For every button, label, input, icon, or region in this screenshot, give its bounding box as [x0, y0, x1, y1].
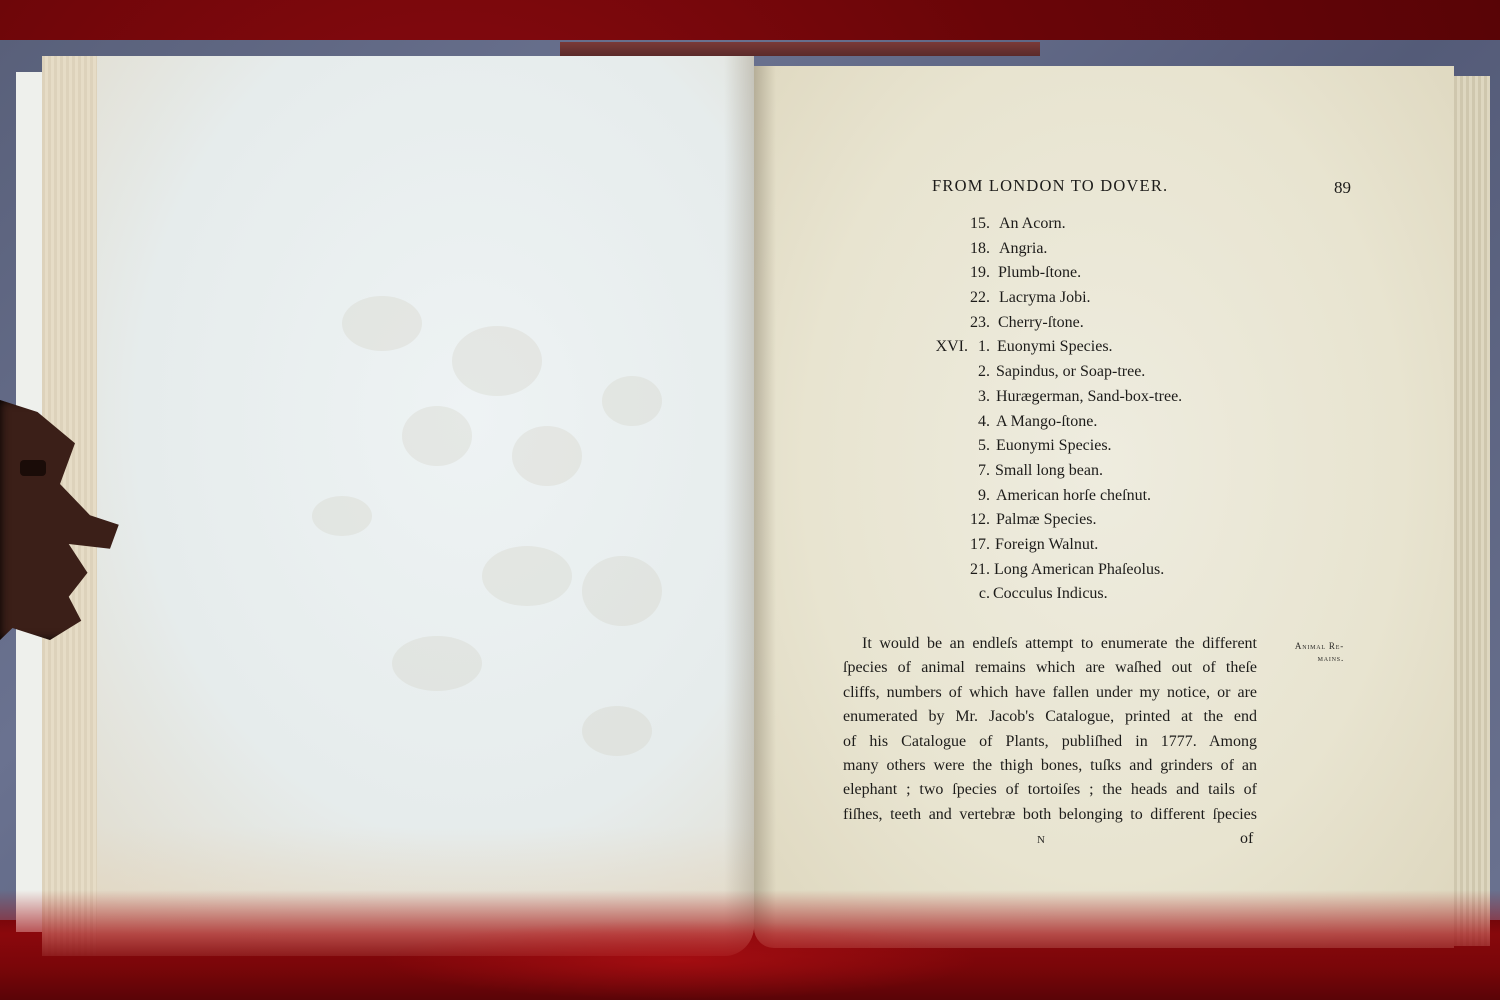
item-number: 17. [950, 533, 990, 558]
item-number: 3. [950, 385, 990, 410]
list-item: 3. Hurægerman, Sand-box-tree. [900, 385, 1300, 410]
list-item: 21. Long American Phaſeolus. [900, 558, 1300, 583]
item-name: Euonymi Species. [996, 434, 1112, 459]
page-edges-right [1454, 76, 1490, 946]
item-number: 9. [950, 484, 990, 509]
list-item: XVI. 1. Euonymi Species. [900, 335, 1300, 360]
item-name: Foreign Walnut. [995, 533, 1098, 558]
item-name: Small long bean. [995, 459, 1103, 484]
body-line: elephant ; two ſpecies of tortoiſes ; th… [843, 778, 1257, 802]
running-head: FROM LONDON TO DOVER. [932, 176, 1168, 196]
gutter-shadow [754, 66, 776, 948]
item-name: Sapindus, or Soap-tree. [996, 360, 1145, 385]
body-line: cliffs, numbers of which have fallen und… [843, 681, 1257, 705]
show-through-mark [602, 376, 662, 426]
show-through-mark [482, 546, 572, 606]
body-paragraph: It would be an endleſs attempt to enumer… [843, 632, 1257, 827]
item-number: 23. [950, 311, 990, 336]
list-item: 18. Angria. [900, 237, 1300, 262]
list-item: 22. Lacryma Jobi. [900, 286, 1300, 311]
list-item: 2. Sapindus, or Soap-tree. [900, 360, 1300, 385]
item-name: Palmæ Species. [996, 508, 1096, 533]
item-number: 7. [950, 459, 990, 484]
item-number: 22. [950, 286, 990, 311]
list-item: 4. A Mango-ſtone. [900, 410, 1300, 435]
body-line: of his Catalogue of Plants, publiſhed in… [843, 730, 1257, 754]
list-item: 5. Euonymi Species. [900, 434, 1300, 459]
item-number: 4. [950, 410, 990, 435]
body-line: enumerated by Mr. Jacob's Catalogue, pri… [843, 705, 1257, 729]
show-through-mark [582, 706, 652, 756]
item-name: Long American Phaſeolus. [994, 558, 1164, 583]
item-number: 5. [950, 434, 990, 459]
item-name: Plumb-ſtone. [998, 261, 1081, 286]
body-line: It would be an endleſs attempt to enumer… [843, 632, 1257, 656]
item-name: Hurægerman, Sand-box-tree. [996, 385, 1182, 410]
list-item: 17. Foreign Walnut. [900, 533, 1300, 558]
show-through-mark [402, 406, 472, 466]
show-through-mark [392, 636, 482, 691]
list-item: 9. American horſe cheſnut. [900, 484, 1300, 509]
item-number: 19. [950, 261, 990, 286]
catchword: of [1240, 830, 1253, 848]
seed-list: 15. An Acorn. 18. Angria. 19. Plumb-ſton… [900, 212, 1300, 607]
body-line: ſpecies of animal remains which are waſh… [843, 656, 1257, 680]
show-through-mark [512, 426, 582, 486]
item-name: Euonymi Species. [997, 335, 1113, 360]
list-item: 19. Plumb-ſtone. [900, 261, 1300, 286]
list-item: 23. Cherry-ſtone. [900, 311, 1300, 336]
gutter-shadow [724, 56, 754, 956]
body-line: fiſhes, teeth and vertebræ both belongin… [843, 803, 1257, 827]
item-name: Lacryma Jobi. [999, 286, 1091, 311]
page-number: 89 [1334, 178, 1351, 198]
list-item: 12. Palmæ Species. [900, 508, 1300, 533]
margin-note: Animal Re- mains. [1268, 640, 1344, 664]
item-number: 1. [950, 335, 990, 360]
item-name: A Mango-ſtone. [996, 410, 1097, 435]
body-line: many others were the thigh bones, tuſks … [843, 754, 1257, 778]
item-name: American horſe cheſnut. [996, 484, 1151, 509]
show-through-mark [582, 556, 662, 626]
item-number: 15. [950, 212, 990, 237]
item-name: Cherry-ſtone. [998, 311, 1084, 336]
signature-mark: N [1037, 834, 1045, 846]
margin-note-line: Animal Re- [1268, 640, 1344, 652]
item-name: Cocculus Indicus. [993, 582, 1108, 607]
spine-headband [560, 42, 1040, 56]
item-number: c. [950, 582, 990, 607]
list-item: c. Cocculus Indicus. [900, 582, 1300, 607]
item-name: Angria. [999, 237, 1047, 262]
item-number: 21. [950, 558, 990, 583]
item-number: 12. [950, 508, 990, 533]
list-item: 7. Small long bean. [900, 459, 1300, 484]
list-item: 15. An Acorn. [900, 212, 1300, 237]
show-through-mark [452, 326, 542, 396]
item-number: 2. [950, 360, 990, 385]
show-through-mark [312, 496, 372, 536]
item-name: An Acorn. [999, 212, 1066, 237]
velvet-cloth [0, 890, 1500, 1000]
margin-note-line: mains. [1268, 652, 1344, 664]
show-through-mark [342, 296, 422, 351]
item-number: 18. [950, 237, 990, 262]
left-page [42, 56, 754, 956]
